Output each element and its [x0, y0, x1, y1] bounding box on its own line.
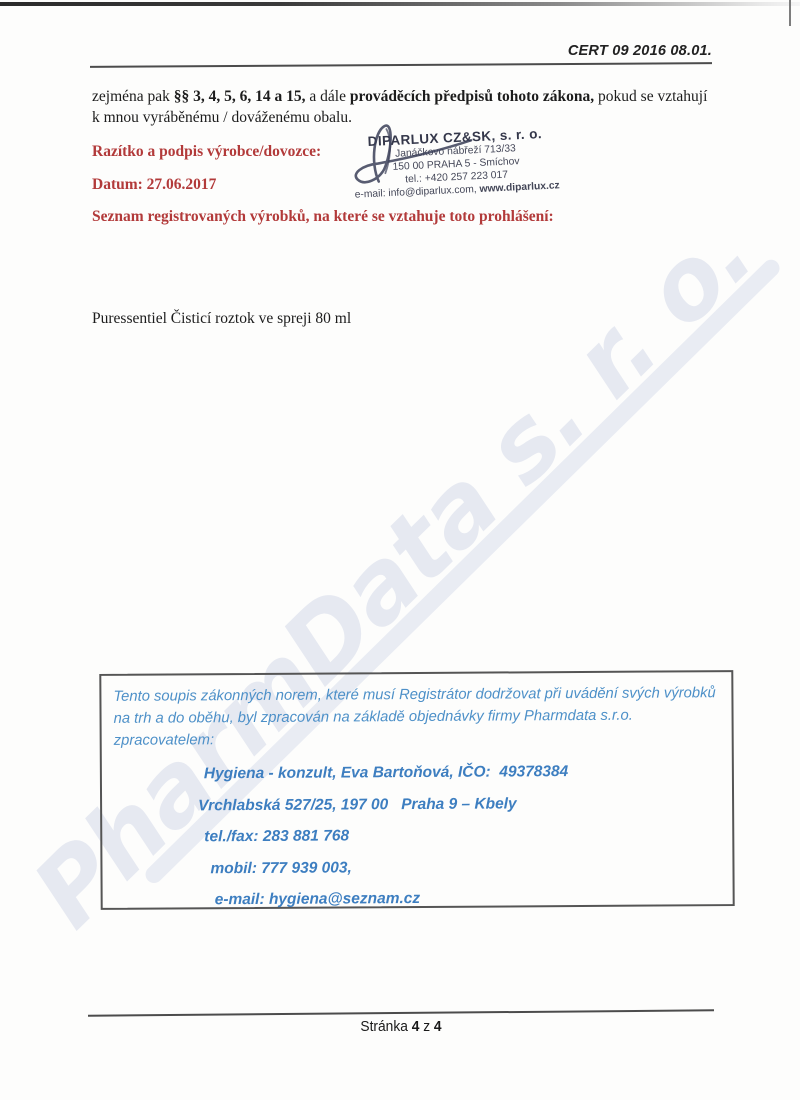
page-number: Stránka 4 z 4	[104, 1019, 699, 1035]
date-label: Datum: 27.06.2017	[92, 176, 216, 194]
processor-contact-name: Hygiena - konzult, Eva Bartoňová, IČO: 4…	[204, 762, 732, 783]
doc-code: CERT 09 2016 08.01.	[109, 42, 712, 59]
processor-contact-mobile: mobil: 777 939 003,	[210, 857, 732, 878]
processor-contact-email: e-mail: hygiena@seznam.cz	[215, 888, 733, 909]
intro-paragraph: zejména pak §§ 3, 4, 5, 6, 14 a 15, a dá…	[92, 86, 714, 128]
product-item: Puressentiel Čisticí roztok ve spreji 80…	[92, 310, 351, 328]
processor-contact-telfax: tel./fax: 283 881 768	[204, 825, 732, 846]
scan-artifact-line	[0, 2, 800, 6]
header-rule	[90, 62, 712, 68]
processor-intro: Tento soupis zákonných norem, které musí…	[113, 682, 719, 752]
processor-contact-block: Hygiena - konzult, Eva Bartoňová, IČO: 4…	[204, 762, 733, 909]
processor-box: Tento soupis zákonných norem, které musí…	[99, 670, 734, 910]
scan-artifact-tick	[789, 0, 791, 26]
document-page: PharmData s. r. o. CERT 09 2016 08.01. z…	[0, 0, 800, 1100]
processor-contact-address: Vrchlabská 527/25, 197 00 Praha 9 – Kbel…	[198, 794, 732, 815]
stamp-signature-label: Razítko a podpis výrobce/dovozce:	[92, 143, 321, 161]
products-heading: Seznam registrovaných výrobků, na které …	[92, 208, 554, 226]
footer-rule	[88, 1009, 714, 1016]
company-stamp: DIPARLUX CZ&SK, s. r. o. Janáčkovo nábře…	[335, 125, 578, 203]
